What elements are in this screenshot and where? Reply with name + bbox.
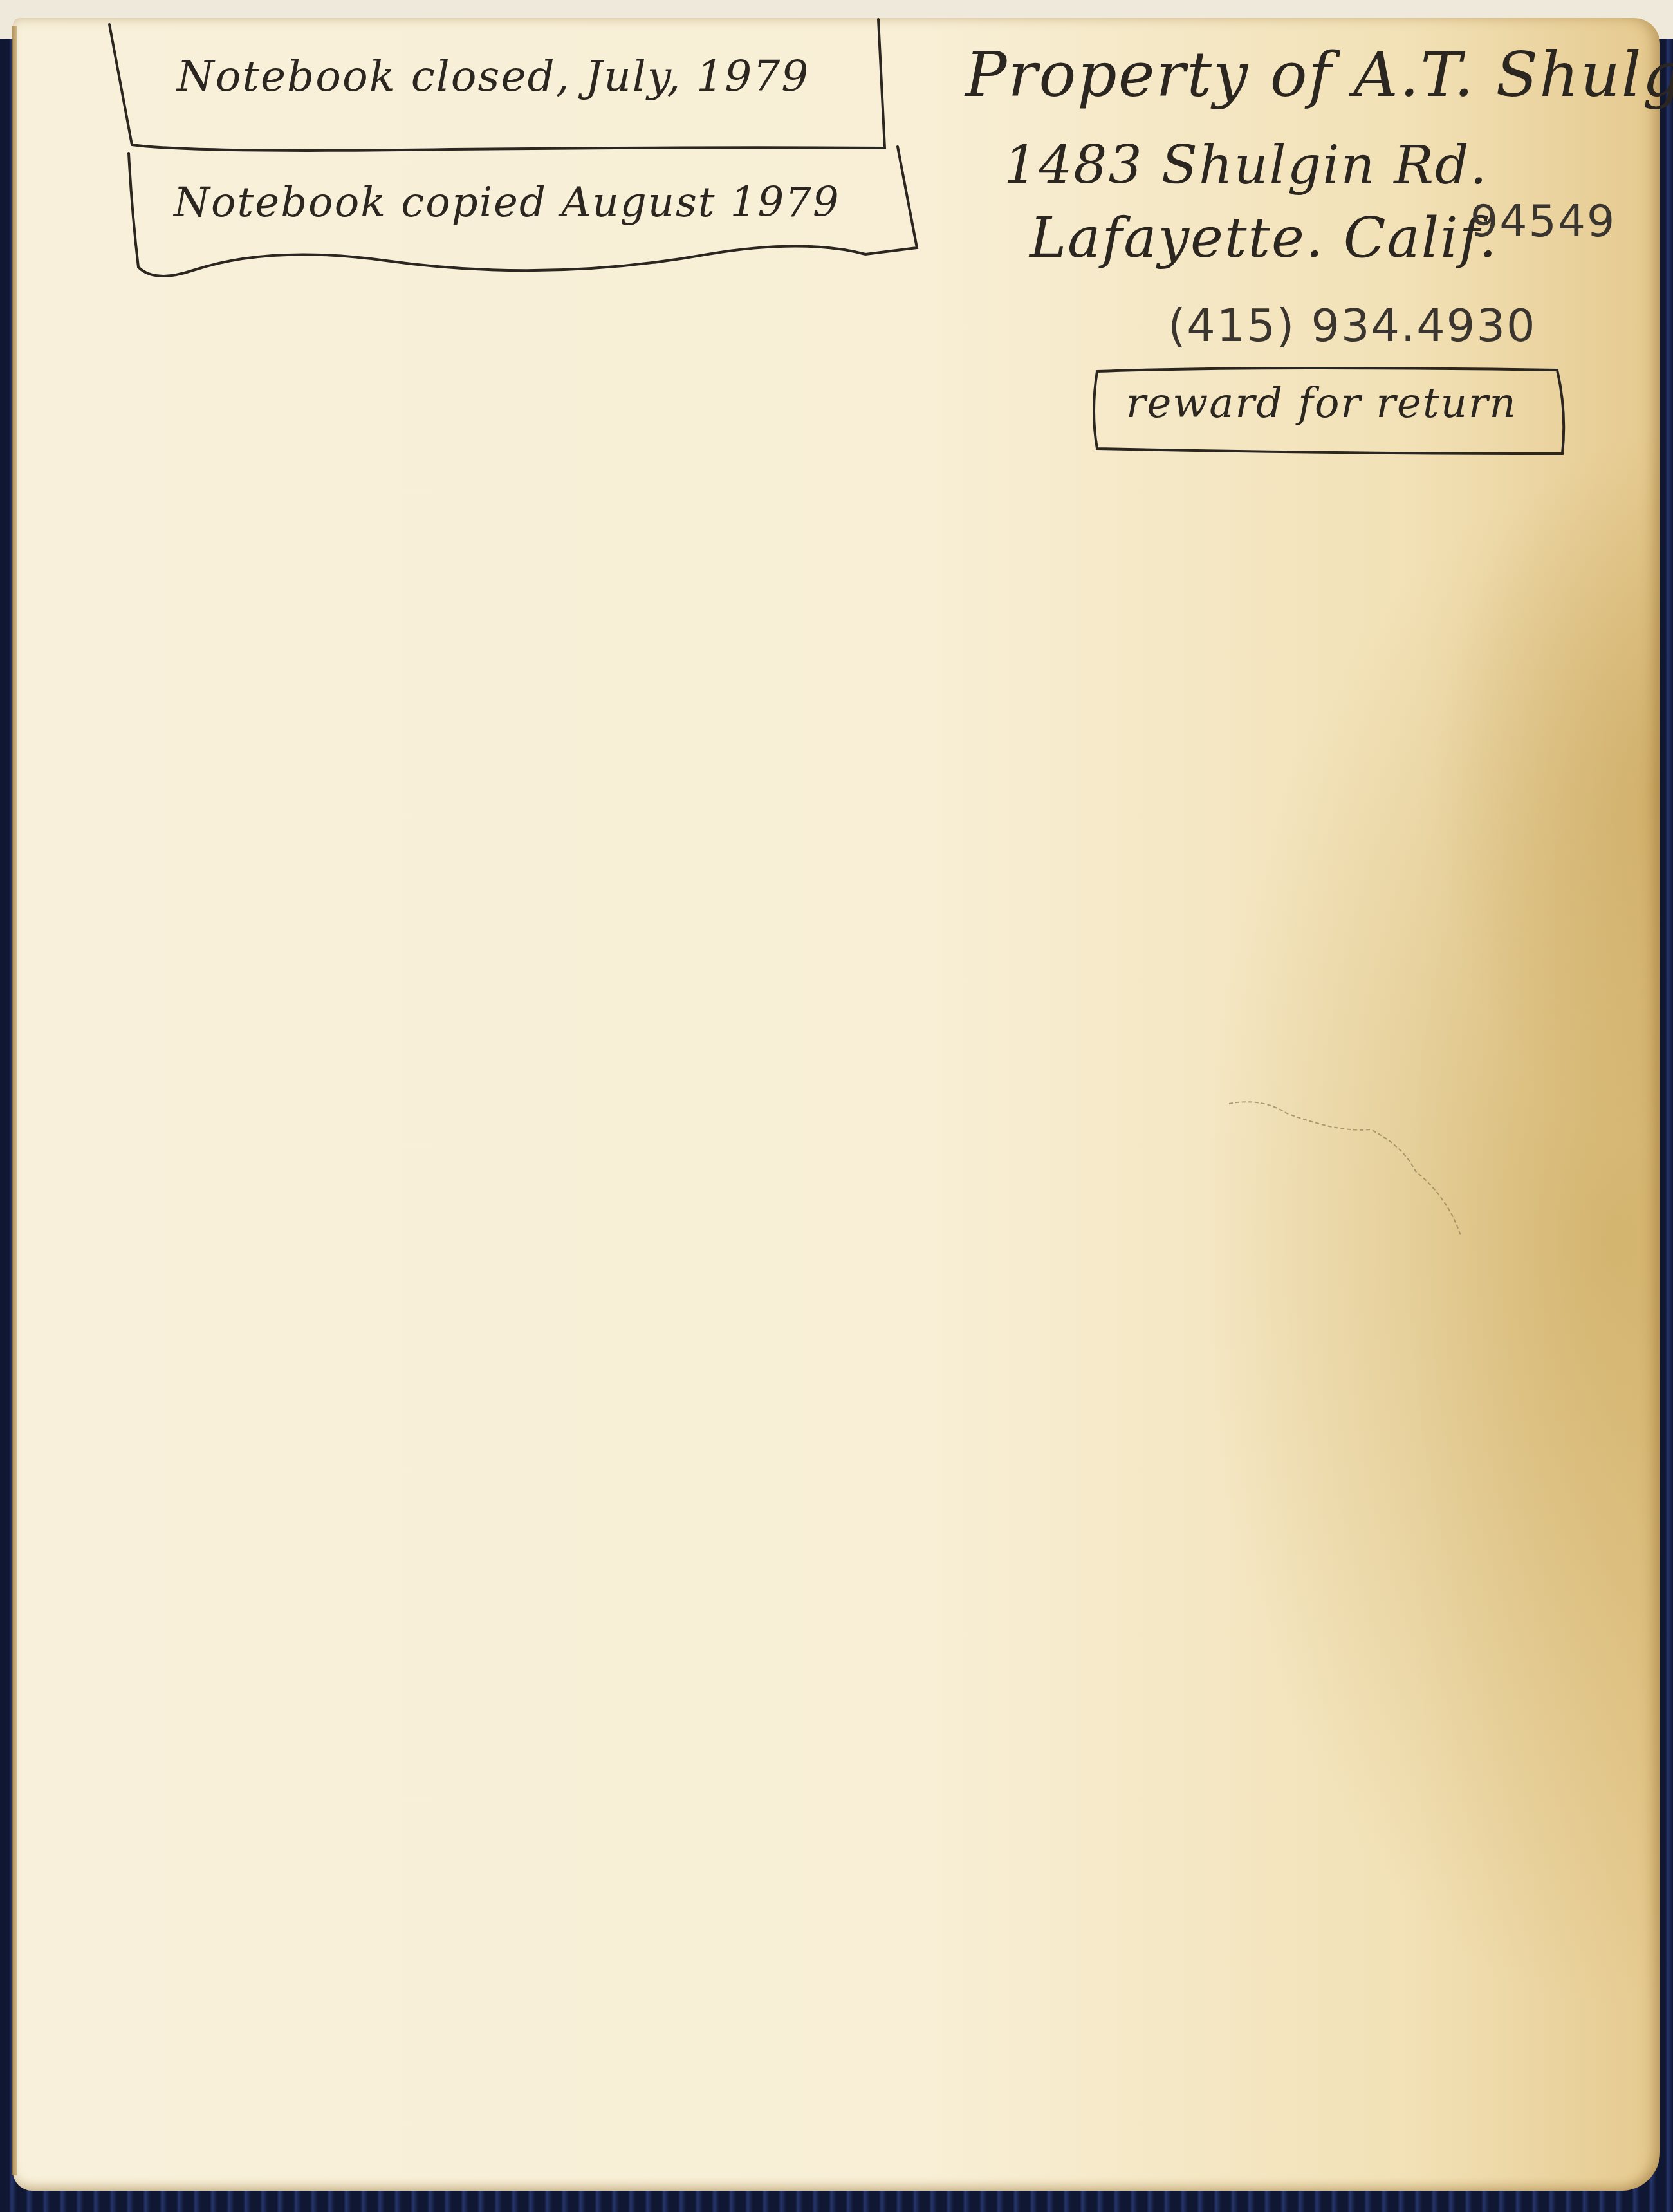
note-notebook-closed: Notebook closed, July, 1979 [177, 51, 809, 101]
reward-note: reward for return [1126, 380, 1517, 427]
owner-address-zip: 94549 [1470, 196, 1616, 247]
owner-phone: (415) 934.4930 [1168, 299, 1536, 352]
note-notebook-copied: Notebook copied August 1979 [174, 179, 840, 227]
owner-address-city: Lafayette. Calif. [1030, 206, 1498, 270]
owner-name-line: Property of A.T. Shulgin [965, 39, 1673, 111]
owner-address-street: 1483 Shulgin Rd. [1004, 135, 1488, 196]
